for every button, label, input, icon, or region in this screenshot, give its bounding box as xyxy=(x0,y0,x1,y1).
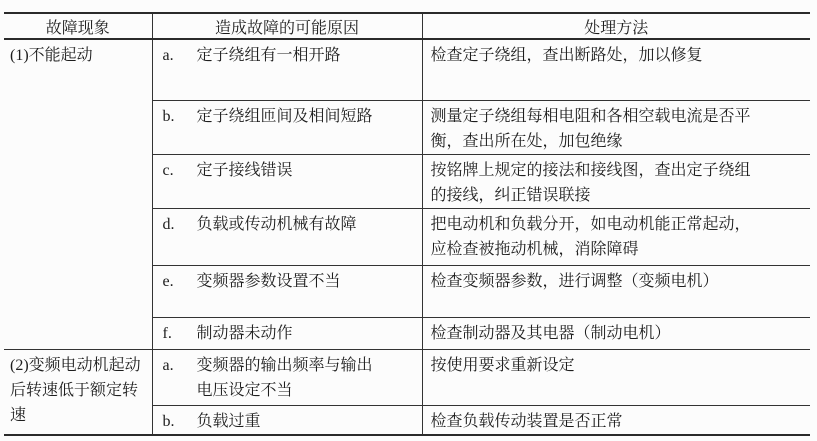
cause-cell: e. 变频器参数设置不当 xyxy=(152,265,422,317)
cause-cell: c. 定子接线错误 xyxy=(152,154,422,208)
remedy-text: 按使用要求重新设定 xyxy=(431,353,763,378)
remedy-text: 测量定子绕组每相电阻和各相空载电流是否平衡，查出所在处，加包绝缘 xyxy=(431,104,763,154)
cause-label: c. xyxy=(163,158,197,183)
remedy-cell: 检查负载传动装置是否正常 xyxy=(422,405,810,435)
cause-label: f. xyxy=(163,321,197,346)
cause-cell: f. 制动器未动作 xyxy=(152,317,422,349)
remedy-text: 按铭牌上规定的接法和接线图，查出定子绕组的接线，纠正错误联接 xyxy=(431,158,763,208)
remedy-text: 检查定子绕组，查出断路处，加以修复 xyxy=(431,43,763,68)
header-row: 故障现象 造成故障的可能原因 处理方法 xyxy=(4,13,810,39)
remedy-cell: 测量定子绕组每相电阻和各相空载电流是否平衡，查出所在处，加包绝缘 xyxy=(422,100,810,154)
remedy-text: 把电动机和负载分开，如电动机能正常起动，应检查被拖动机械，消除障碍 xyxy=(431,212,763,262)
cause-text: 定子绕组匝间及相间短路 xyxy=(197,104,373,129)
remedy-cell: 按铭牌上规定的接法和接线图，查出定子绕组的接线，纠正错误联接 xyxy=(422,154,810,208)
header-phenomenon: 故障现象 xyxy=(4,13,152,39)
cause-label: b. xyxy=(163,409,197,434)
cause-text: 制动器未动作 xyxy=(197,321,293,346)
table-row: (2)变频电动机起动后转速低于额定转速 a. 变频器的输出频率与输出电压设定不当… xyxy=(4,349,810,405)
remedy-cell: 检查制动器及其电器（制动电机） xyxy=(422,317,810,349)
cause-cell: b. 定子绕组匝间及相间短路 xyxy=(152,100,422,154)
remedy-cell: 按使用要求重新设定 xyxy=(422,349,810,405)
cause-cell: a. 定子绕组有一相开路 xyxy=(152,39,422,100)
cause-label: e. xyxy=(163,269,197,294)
cause-text: 变频器的输出频率与输出电压设定不当 xyxy=(197,353,383,403)
cause-label: d. xyxy=(163,212,197,237)
cause-cell: d. 负载或传动机械有故障 xyxy=(152,208,422,265)
cause-cell: b. 负载过重 xyxy=(152,405,422,435)
cause-text: 定子接线错误 xyxy=(197,158,293,183)
cause-text: 负载过重 xyxy=(197,409,261,434)
header-remedy: 处理方法 xyxy=(422,13,810,39)
table-row: (1)不能起动 a. 定子绕组有一相开路 检查定子绕组，查出断路处，加以修复 xyxy=(4,39,810,100)
remedy-text: 检查负载传动装置是否正常 xyxy=(431,409,763,434)
cause-cell: a. 变频器的输出频率与输出电压设定不当 xyxy=(152,349,422,405)
cause-label: a. xyxy=(163,353,197,403)
cause-text: 负载或传动机械有故障 xyxy=(197,212,357,237)
remedy-cell: 检查变频器参数，进行调整（变频电机） xyxy=(422,265,810,317)
cause-label: b. xyxy=(163,104,197,129)
phenomenon-cell: (2)变频电动机起动后转速低于额定转速 xyxy=(4,349,152,435)
remedy-text: 检查变频器参数，进行调整（变频电机） xyxy=(431,269,763,294)
remedy-cell: 检查定子绕组，查出断路处，加以修复 xyxy=(422,39,810,100)
header-cause: 造成故障的可能原因 xyxy=(152,13,422,39)
fault-troubleshooting-table: 故障现象 造成故障的可能原因 处理方法 (1)不能起动 a. 定子绕组有一相开路… xyxy=(4,12,810,436)
document-page: 故障现象 造成故障的可能原因 处理方法 (1)不能起动 a. 定子绕组有一相开路… xyxy=(0,0,817,436)
remedy-text: 检查制动器及其电器（制动电机） xyxy=(431,321,763,346)
cause-text: 定子绕组有一相开路 xyxy=(197,43,341,68)
cause-label: a. xyxy=(163,43,197,68)
cause-text: 变频器参数设置不当 xyxy=(197,269,341,294)
remedy-cell: 把电动机和负载分开，如电动机能正常起动，应检查被拖动机械，消除障碍 xyxy=(422,208,810,265)
phenomenon-cell: (1)不能起动 xyxy=(4,39,152,349)
